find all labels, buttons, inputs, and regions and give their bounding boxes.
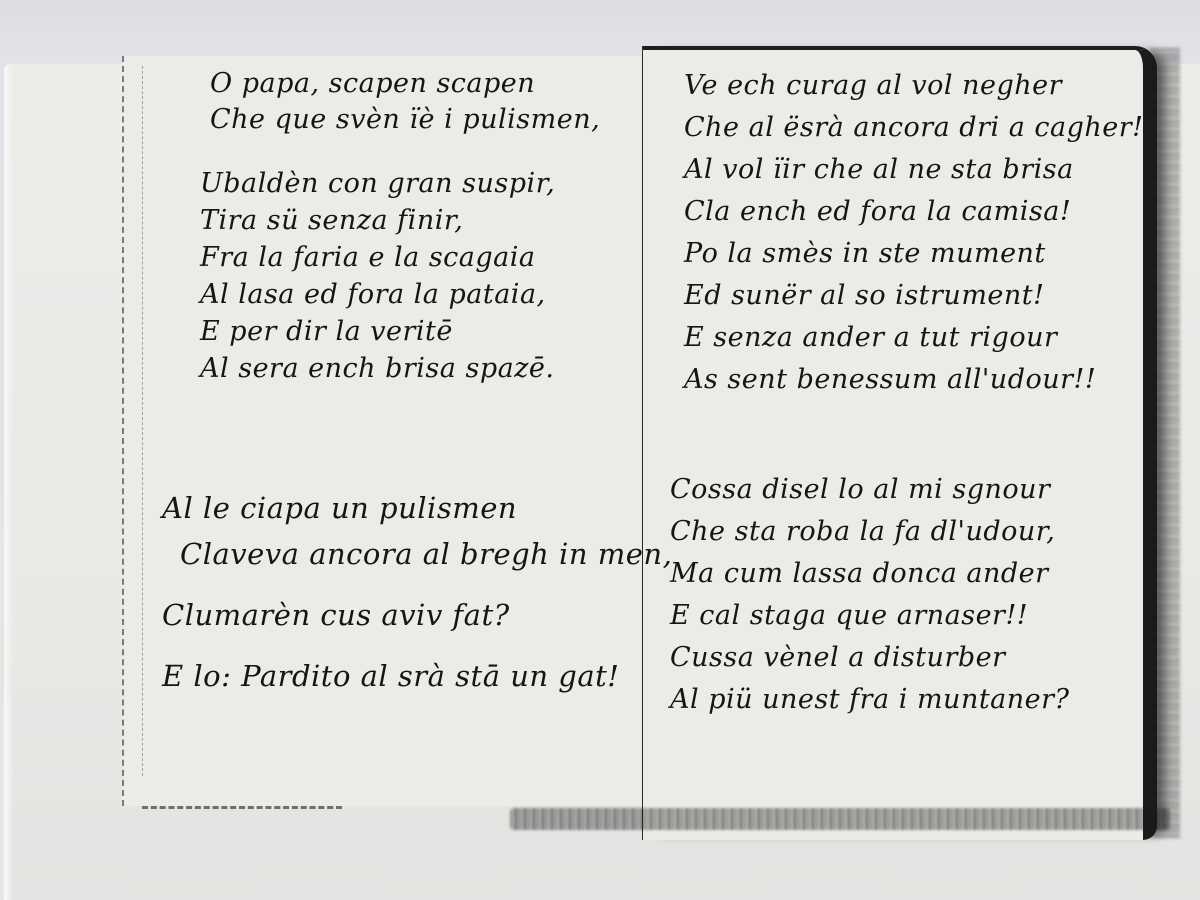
dashed-copy-artifact xyxy=(142,806,342,809)
poem-line: E lo: Pardito al srà stā un gat! xyxy=(162,662,672,723)
poem-line: E cal staga que arnaser!! xyxy=(670,602,1070,644)
poem-line: Al piü unest fra i muntaner? xyxy=(670,686,1070,728)
left-stanza-3: Al le ciapa un pulismen Claveva ancora a… xyxy=(162,494,672,723)
poem-line: Cussa vènel a disturber xyxy=(670,644,1070,686)
poem-line: Che sta roba la fa dl'udour, xyxy=(670,518,1070,560)
poem-line: Ma cum lassa donca ander xyxy=(670,560,1070,602)
toner-smudge-bottom-edge xyxy=(510,808,1170,830)
left-stanza-2: Ubaldèn con gran suspir, Tira sü senza f… xyxy=(200,170,555,392)
poem-line: As sent benessum all'udour!! xyxy=(684,366,1144,408)
poem-line: E senza ander a tut rigour xyxy=(684,324,1144,366)
poem-line: Clumarèn cus aviv fat? xyxy=(162,601,672,662)
poem-line: Ve ech curag al vol negher xyxy=(684,72,1144,114)
poem-line: Al sera ench brisa spazē. xyxy=(200,355,555,392)
poem-line: E per dir la veritē xyxy=(200,318,555,355)
right-stanza-1: Ve ech curag al vol negher Che al ësrà a… xyxy=(684,72,1144,408)
poem-line: Che al ësrà ancora dri a cagher! xyxy=(684,114,1144,156)
poem-line: Che que svèn ïè i pulismen, xyxy=(210,106,600,142)
poem-line: Tira sü senza finir, xyxy=(200,207,555,244)
poem-line: Al lasa ed fora la pataia, xyxy=(200,281,555,318)
poem-line: Claveva ancora al bregh in men, xyxy=(162,540,672,601)
left-stanza-1: O papa, scapen scapen Che que svèn ïè i … xyxy=(210,70,600,142)
poem-line: O papa, scapen scapen xyxy=(210,70,600,106)
poem-line: Po la smès in ste mument xyxy=(684,240,1144,282)
poem-line: Ubaldèn con gran suspir, xyxy=(200,170,555,207)
poem-line: Al vol ïir che al ne sta brisa xyxy=(684,156,1144,198)
poem-line: Cossa disel lo al mi sgnour xyxy=(670,476,1070,518)
right-stanza-2: Cossa disel lo al mi sgnour Che sta roba… xyxy=(670,476,1070,728)
poem-line: Cla ench ed fora la camisa! xyxy=(684,198,1144,240)
poem-line: Ed sunër al so istrument! xyxy=(684,282,1144,324)
poem-line: Al le ciapa un pulismen xyxy=(162,494,672,540)
poem-line: Fra la faria e la scagaia xyxy=(200,244,555,281)
toner-smudge-right-edge xyxy=(1150,48,1180,838)
